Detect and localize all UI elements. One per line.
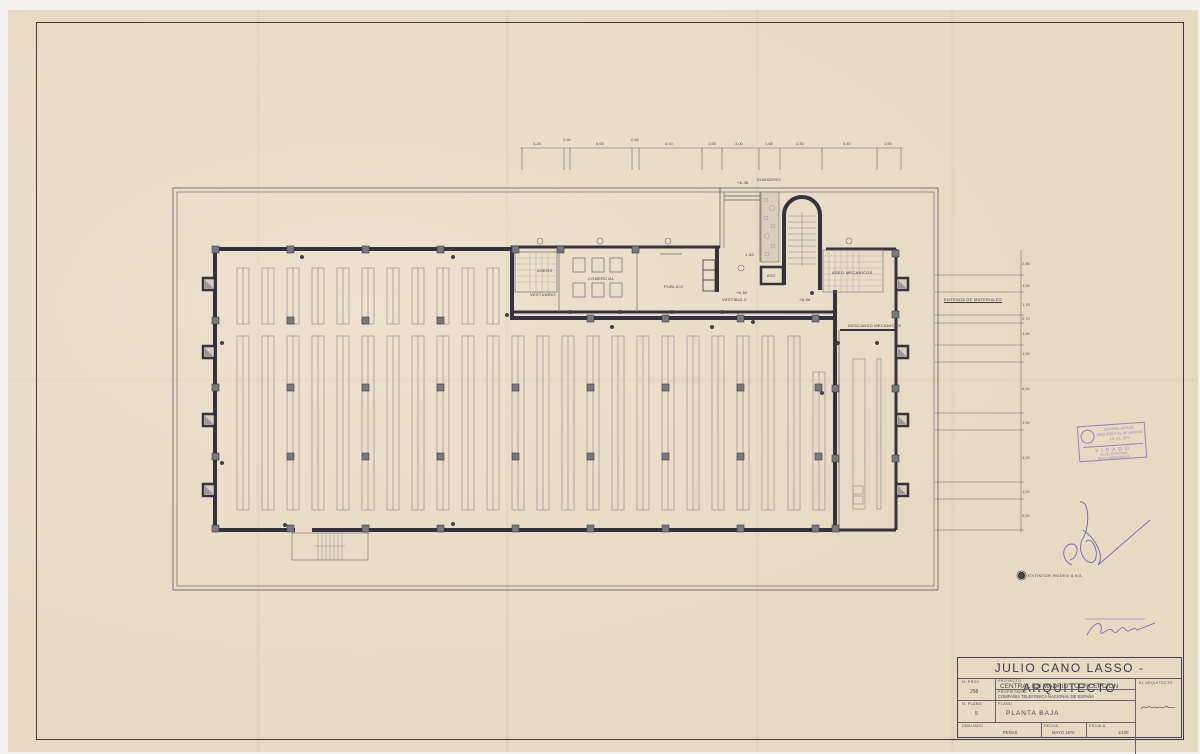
fecha-label: FECHA: [1044, 724, 1058, 728]
plano-label: PLANO: [998, 702, 1012, 706]
escala-value: 1/100: [1118, 730, 1128, 735]
el-arquitecto-label: EL ARQUITECTO: [1139, 681, 1173, 685]
dim-top-3: 6,00: [596, 141, 604, 146]
plano-value: PLANTA BAJA: [1006, 710, 1060, 717]
level-stair: +6,08: [799, 297, 811, 302]
title-block: JULIO CANO LASSO - ARQUITECTO N. PROY. 2…: [957, 657, 1182, 738]
dim-right-6: 1,90: [1022, 351, 1030, 356]
dim-top-1: 3,28: [533, 141, 541, 146]
n-proy-label: N. PROY.: [962, 680, 981, 684]
dim-right-8: 1,90: [1022, 420, 1030, 425]
dim-right-11: 2,50: [1022, 513, 1030, 518]
n-proy-value: 258: [970, 689, 978, 695]
dim-top-5: 6,00: [665, 141, 673, 146]
dim-top-4: 0,60: [631, 137, 639, 142]
room-label-vestibulo: VESTIBULO: [722, 297, 747, 302]
dim-top-2: 0,60: [563, 137, 571, 142]
dim-right-3: 1,70: [1022, 302, 1030, 307]
room-label-vestuario: VESTUARIO: [530, 292, 556, 297]
label-pasos: 6' PASOS: [642, 309, 662, 314]
dim-top-7: 3,00: [735, 141, 743, 146]
label-sumidero: SUMIDERO: [757, 177, 781, 182]
dim-right-9: 4,20: [1022, 455, 1030, 460]
legend-extintor-text: EXTINTOR RODEO 6 KG.: [1028, 573, 1083, 578]
escala-label: ESCALA: [1089, 724, 1106, 728]
dim-right-2: 1,90: [1022, 283, 1030, 288]
dim-top-10: 4,40: [843, 141, 851, 146]
dibujado-value: PEÑAS: [1003, 730, 1017, 735]
signature-icon: [1050, 500, 1170, 570]
n-plano-label: N. PLANO: [962, 702, 982, 706]
extinguisher-icon: [1018, 572, 1025, 579]
room-label-comercial: COMERCIAL: [588, 276, 614, 281]
seal-icon: [1080, 429, 1095, 444]
dim-top-11: 1,90: [884, 141, 892, 146]
visado-stamp: CENTRAL OFICIAL ARQUITECTOS DE MADRID 1 …: [1077, 422, 1147, 463]
room-label-asc: ASC: [767, 273, 776, 278]
level-vestibulo: +6,50: [736, 290, 748, 295]
floor-plan-drawing: [0, 0, 1200, 754]
level-sumidero: +6,38: [737, 180, 749, 185]
architect-name: JULIO CANO LASSO - ARQUITECTO: [958, 658, 1181, 679]
dim-top-9: 3,30: [796, 141, 804, 146]
room-label-aseos: ASEOS: [537, 268, 552, 273]
label-entrada-materiales: ENTRADA DE MATERIALES: [944, 297, 1002, 302]
proyecto-value: CENTRAL EN MADRID - CONCEPCION: [1000, 683, 1118, 690]
dibujado-label: DIBUJADO: [962, 724, 983, 728]
dim-top-8: 1,68: [765, 141, 773, 146]
dim-top-6: 1,65: [708, 141, 716, 146]
dim-right-10: 1,90: [1022, 489, 1030, 494]
architect-signature-icon: [1140, 702, 1176, 712]
fecha-value: MAYO 1970: [1052, 730, 1075, 735]
room-label-aseo-mecanicos: ASEO MECANICOS: [832, 270, 873, 275]
dim-right-1: 2,80: [1022, 261, 1030, 266]
dim-door: 1,40: [745, 252, 754, 257]
signature-2-icon: [1085, 615, 1165, 645]
legend-extintor: EXTINTOR RODEO 6 KG.: [1018, 572, 1083, 579]
room-label-publico: PUBLICO: [664, 284, 684, 289]
dim-right-4: 0,70: [1022, 316, 1030, 321]
propietario-value: COMPAÑIA TELEFONICA NACIONAL DE ESPAÑA: [998, 694, 1094, 699]
dim-right-7: 6,30: [1022, 386, 1030, 391]
n-plano-value: 5: [975, 711, 978, 717]
dim-right-5: 1,60: [1022, 331, 1030, 336]
room-label-descanso: DESCANSO MECANICOS: [848, 323, 901, 328]
